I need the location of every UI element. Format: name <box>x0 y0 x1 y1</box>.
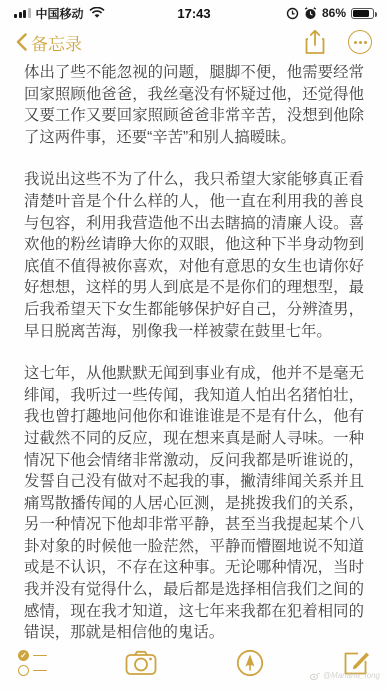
wifi-icon <box>89 7 105 19</box>
bottom-toolbar: ✓ <box>0 642 388 690</box>
status-bar: 17:43 中国移动 86% <box>0 0 388 24</box>
battery-percent-label: 86% <box>322 6 346 20</box>
back-button[interactable]: 备忘录 <box>16 30 82 55</box>
more-options-icon[interactable] <box>348 30 372 54</box>
battery-icon <box>351 8 374 19</box>
camera-icon[interactable] <box>125 650 157 676</box>
note-paragraph: 体出了些不能忽视的问题，腿脚不便，他需要经常回家照顾他爸爸，我丝毫没有怀疑过他，… <box>24 62 364 148</box>
orientation-lock-icon <box>286 7 299 20</box>
carrier-label: 中国移动 <box>36 5 84 22</box>
checklist-icon[interactable]: ✓ <box>18 650 47 676</box>
note-paragraph: 这七年，从他默默无闻到事业有成，他并不是毫无绯闻，我听过一些传闻，我知道人怕出名… <box>24 363 364 642</box>
weibo-watermark: @Manana_fong <box>310 671 380 680</box>
nav-bar: 备忘录 <box>0 24 388 60</box>
chevron-left-icon <box>16 33 27 51</box>
note-paragraph: 我说出这些不为了什么，我只希望大家能够真正看清楚叶音是个什么样的人，他一直在利用… <box>24 169 364 342</box>
notes-app-screen: 17:43 中国移动 86% <box>0 0 388 690</box>
markup-pen-icon[interactable] <box>236 649 264 677</box>
share-icon[interactable] <box>304 29 326 55</box>
watermark-text: @Manana_fong <box>323 671 380 680</box>
cellular-signal-icon <box>14 8 31 18</box>
note-content[interactable]: 体出了些不能忽视的问题，腿脚不便，他需要经常回家照顾他爸爸，我丝毫没有怀疑过他，… <box>0 60 388 642</box>
back-button-label: 备忘录 <box>31 30 82 55</box>
alarm-clock-icon <box>304 7 317 20</box>
weibo-logo-icon <box>310 672 320 680</box>
